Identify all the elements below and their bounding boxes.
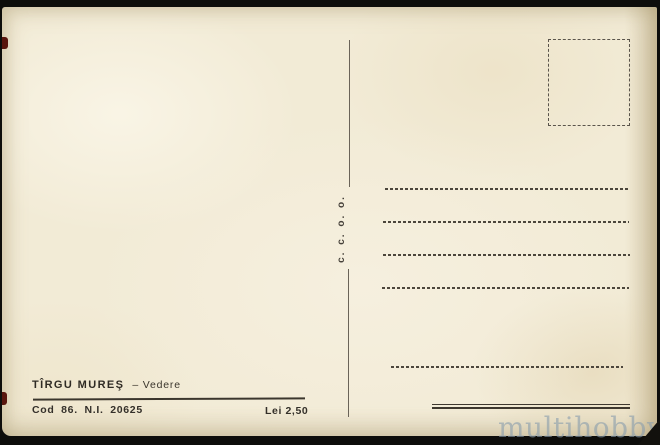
address-line-2 — [383, 221, 629, 223]
stamp-box — [548, 39, 630, 126]
address-line-3 — [383, 254, 630, 256]
vertical-mark-text: c. c. o. o. — [336, 189, 350, 269]
divider-line-top — [349, 40, 350, 187]
address-line-4 — [382, 287, 629, 289]
code-text: Cod 86. N.I. 20625 — [32, 404, 143, 416]
postcard-title: TÎRGU MUREŞ — [32, 379, 124, 391]
double-rule — [432, 404, 630, 409]
edge-notch-top — [2, 37, 8, 49]
edge-notch-bottom — [2, 392, 7, 405]
price-text: Lei 2,50 — [265, 405, 308, 417]
divider-line-bottom — [348, 269, 349, 417]
caption-line: TÎRGU MUREŞ– Vedere — [32, 375, 181, 393]
postcard-subtitle: – Vedere — [132, 379, 180, 391]
address-line-1 — [385, 188, 630, 190]
postcard-back: c. c. o. o. TÎRGU MUREŞ– Vedere Cod 86. … — [2, 7, 657, 436]
corner-dog-ear — [638, 419, 660, 445]
watermark-text: multihobby — [498, 411, 660, 444]
address-line-5 — [391, 366, 623, 368]
footer-rule — [33, 397, 305, 400]
